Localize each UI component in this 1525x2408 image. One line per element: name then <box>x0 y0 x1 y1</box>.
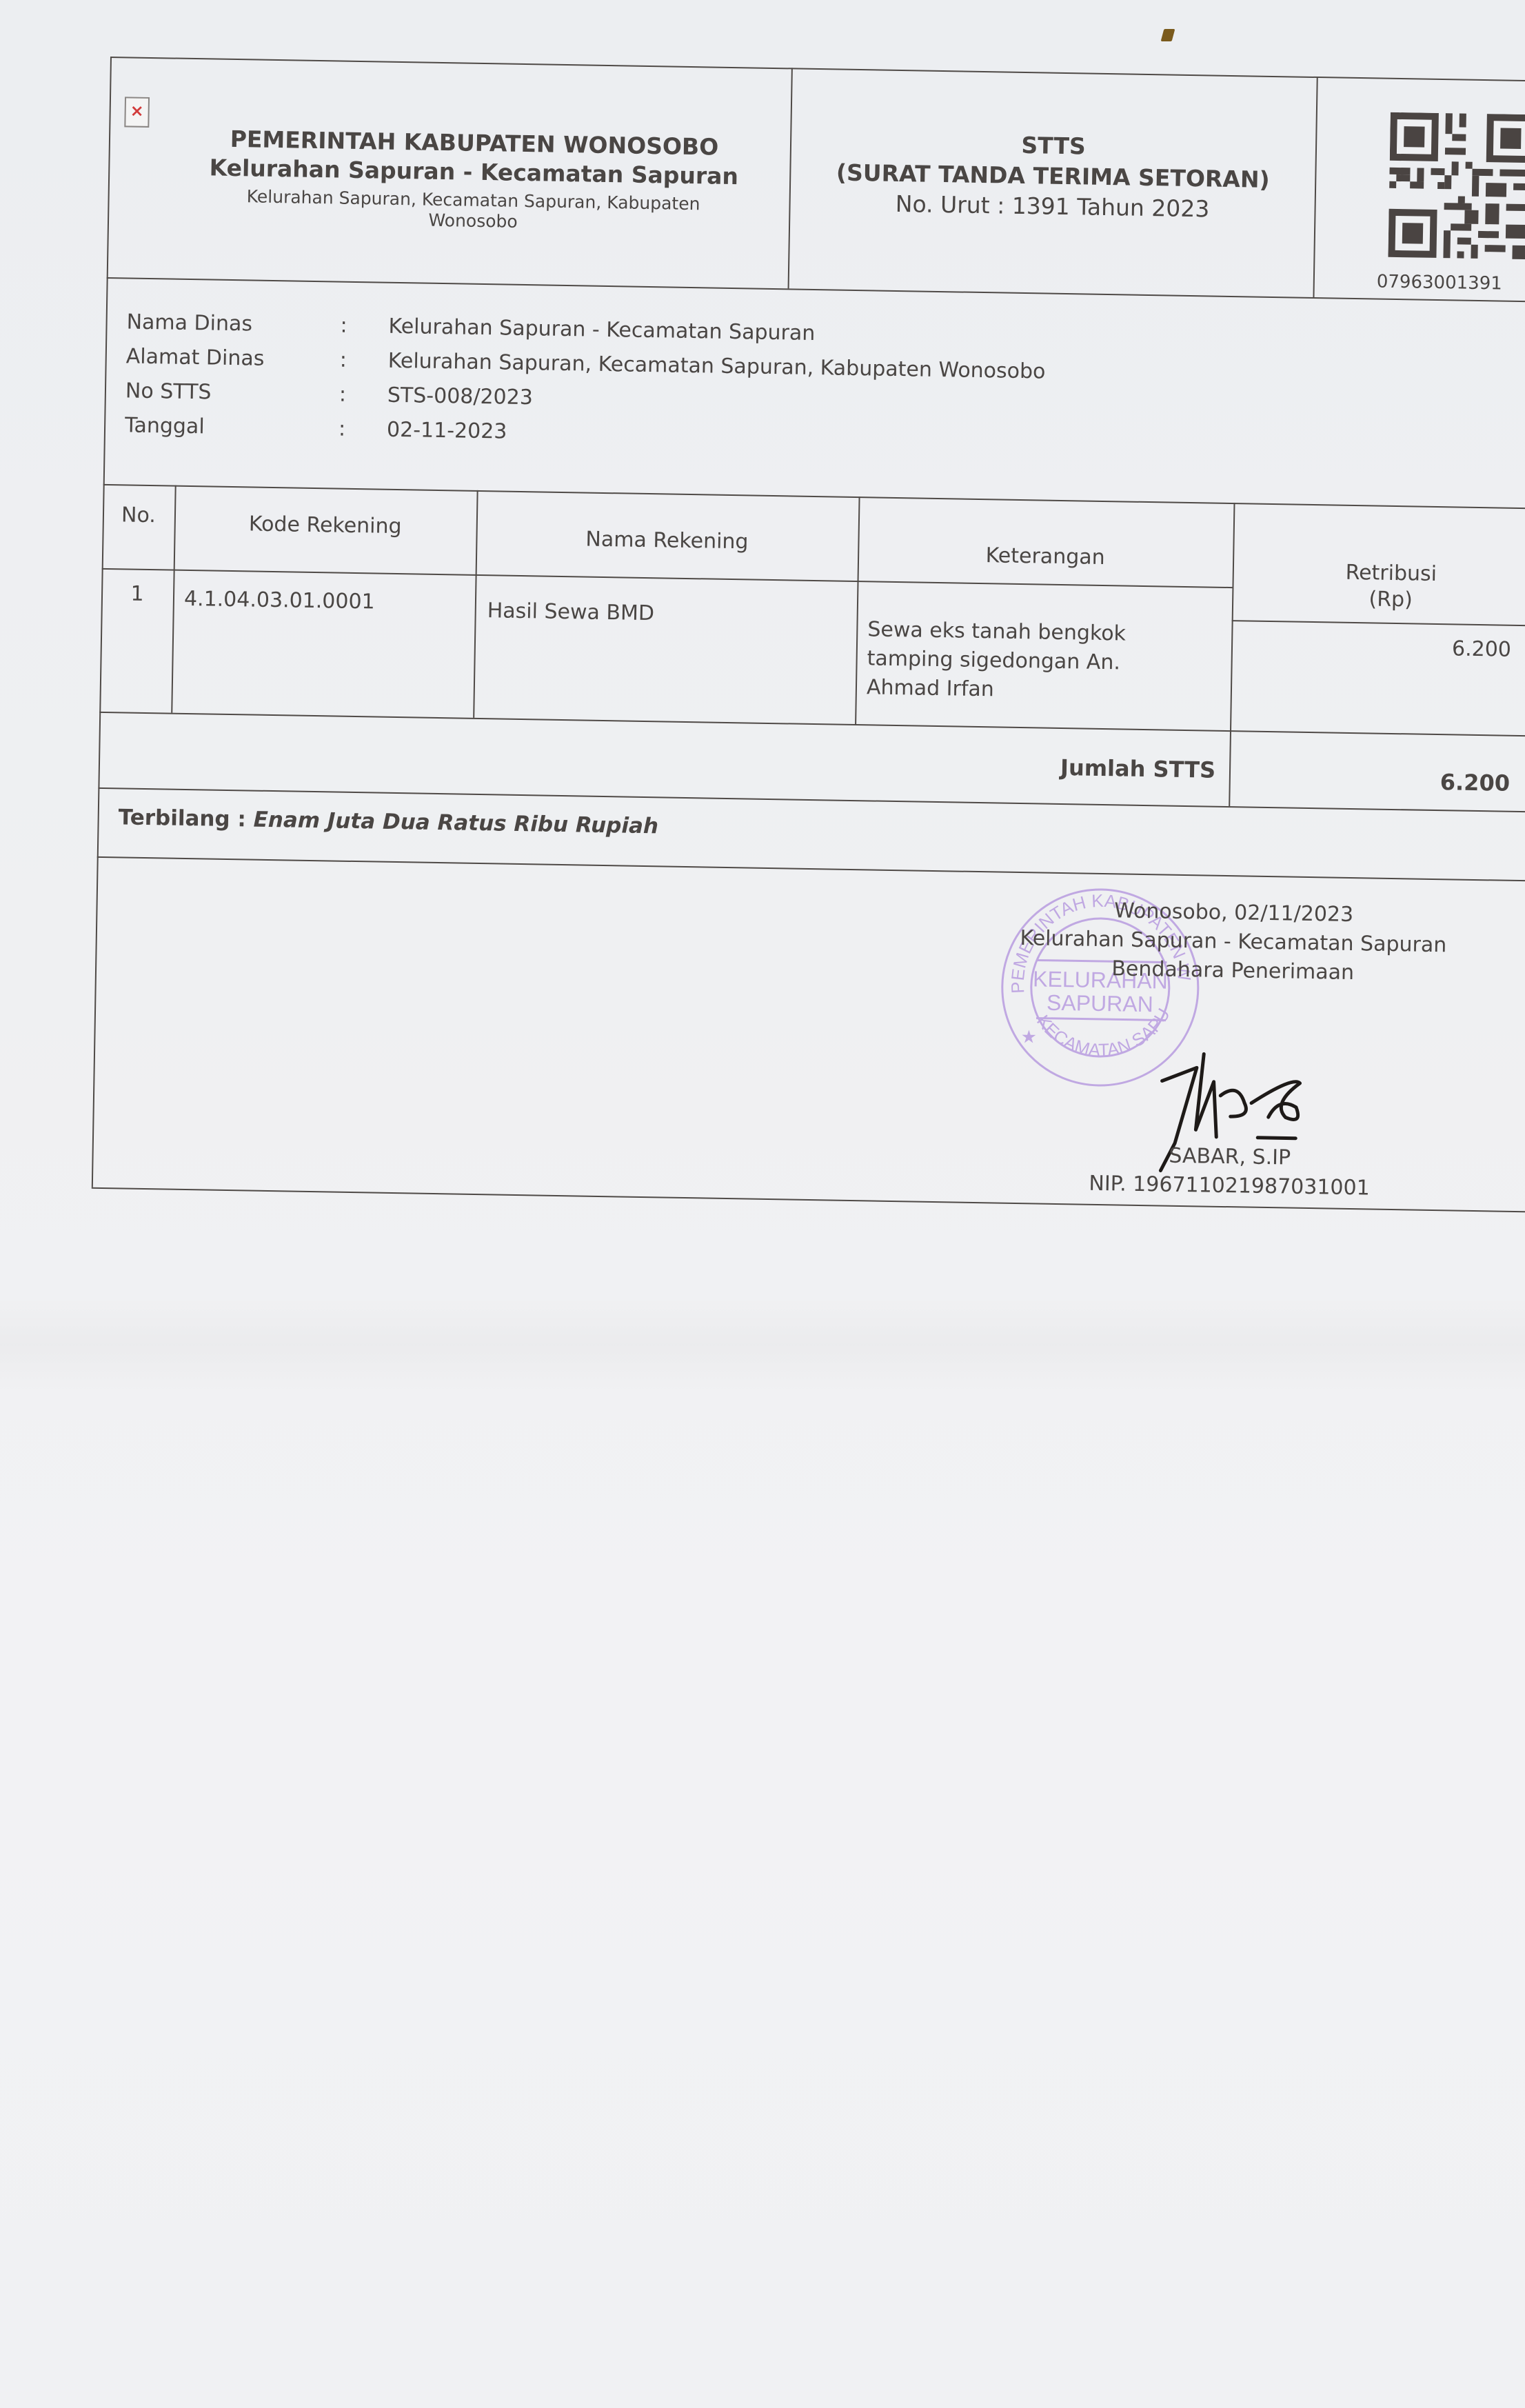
row-nama-rekening: Hasil Sewa BMD <box>487 599 654 626</box>
info-label-no-stts: No STTS <box>125 379 212 405</box>
info-label-nama-dinas: Nama Dinas <box>126 310 252 337</box>
sequence-number: No. Urut : 1391 Tahun 2023 <box>790 189 1315 224</box>
info-sep: : <box>339 383 347 408</box>
row-keterangan-line1: Sewa eks tanah bengkok <box>867 618 1126 646</box>
table-header-rule-right <box>1232 620 1525 629</box>
stts-document: × PEMERINTAH KABUPATEN WONOSOBO Keluraha… <box>92 57 1525 1214</box>
doc-title: (SURAT TANDA TERIMA SETORAN) <box>791 159 1315 194</box>
table-header-rule <box>102 568 1233 588</box>
info-label-alamat-dinas: Alamat Dinas <box>125 345 264 371</box>
terbilang-rule <box>97 856 1525 884</box>
signatory-nip: NIP. 196711021987031001 <box>988 1170 1471 1202</box>
row-no: 1 <box>101 582 174 607</box>
info-value-no-stts: STS-008/2023 <box>387 384 533 410</box>
th-no: No. <box>103 503 175 528</box>
th-retribusi: Retribusi <box>1233 559 1525 588</box>
total-label: Jumlah STTS <box>926 753 1216 783</box>
row-retribusi: 6.200 <box>1452 637 1511 662</box>
qr-number: 07963001391 <box>1377 272 1502 295</box>
info-sep: : <box>340 314 347 339</box>
stamp-center-line2: SAPURAN <box>1047 990 1153 1017</box>
terbilang-label: Terbilang : Enam Juta Dua Ratus Ribu Rup… <box>118 805 658 839</box>
info-label-tanggal: Tanggal <box>125 414 205 439</box>
broken-image-icon: × <box>124 97 150 128</box>
terbilang-value: Enam Juta Dua Ratus Ribu Rupiah <box>253 807 658 839</box>
th-retribusi-unit: (Rp) <box>1232 585 1525 614</box>
table-top-rule <box>103 484 1525 512</box>
paper-fold-shadow <box>0 1296 1525 1393</box>
doc-code: STTS <box>791 128 1316 163</box>
row-kode-rekening: 4.1.04.03.01.0001 <box>184 588 375 614</box>
header-bottom-rule <box>107 277 1525 305</box>
info-sep: : <box>339 418 346 442</box>
col-divider-nama <box>855 496 860 724</box>
qr-code-icon <box>1388 112 1525 274</box>
row-keterangan-line3: Ahmad Irfan <box>867 676 994 702</box>
info-value-tanggal: 02-11-2023 <box>387 419 507 444</box>
info-value-alamat-dinas: Kelurahan Sapuran, Kecamatan Sapuran, Ka… <box>387 350 1045 384</box>
stamp-star: ★ <box>1020 1026 1037 1047</box>
table-row-rule <box>99 712 1525 739</box>
info-value-nama-dinas: Kelurahan Sapuran - Kecamatan Sapuran <box>388 315 815 346</box>
th-nama-rekening: Nama Rekening <box>476 526 858 556</box>
th-keterangan: Keterangan <box>858 542 1233 572</box>
total-value: 6.200 <box>1440 770 1511 796</box>
info-sep: : <box>339 349 347 373</box>
th-kode-rekening: Kode Rekening <box>174 512 477 541</box>
terbilang-label-text: Terbilang : <box>118 805 246 832</box>
row-keterangan-line2: tamping sigedongan An. <box>867 647 1120 675</box>
signatory-name: SABAR, S.IP <box>989 1141 1471 1173</box>
